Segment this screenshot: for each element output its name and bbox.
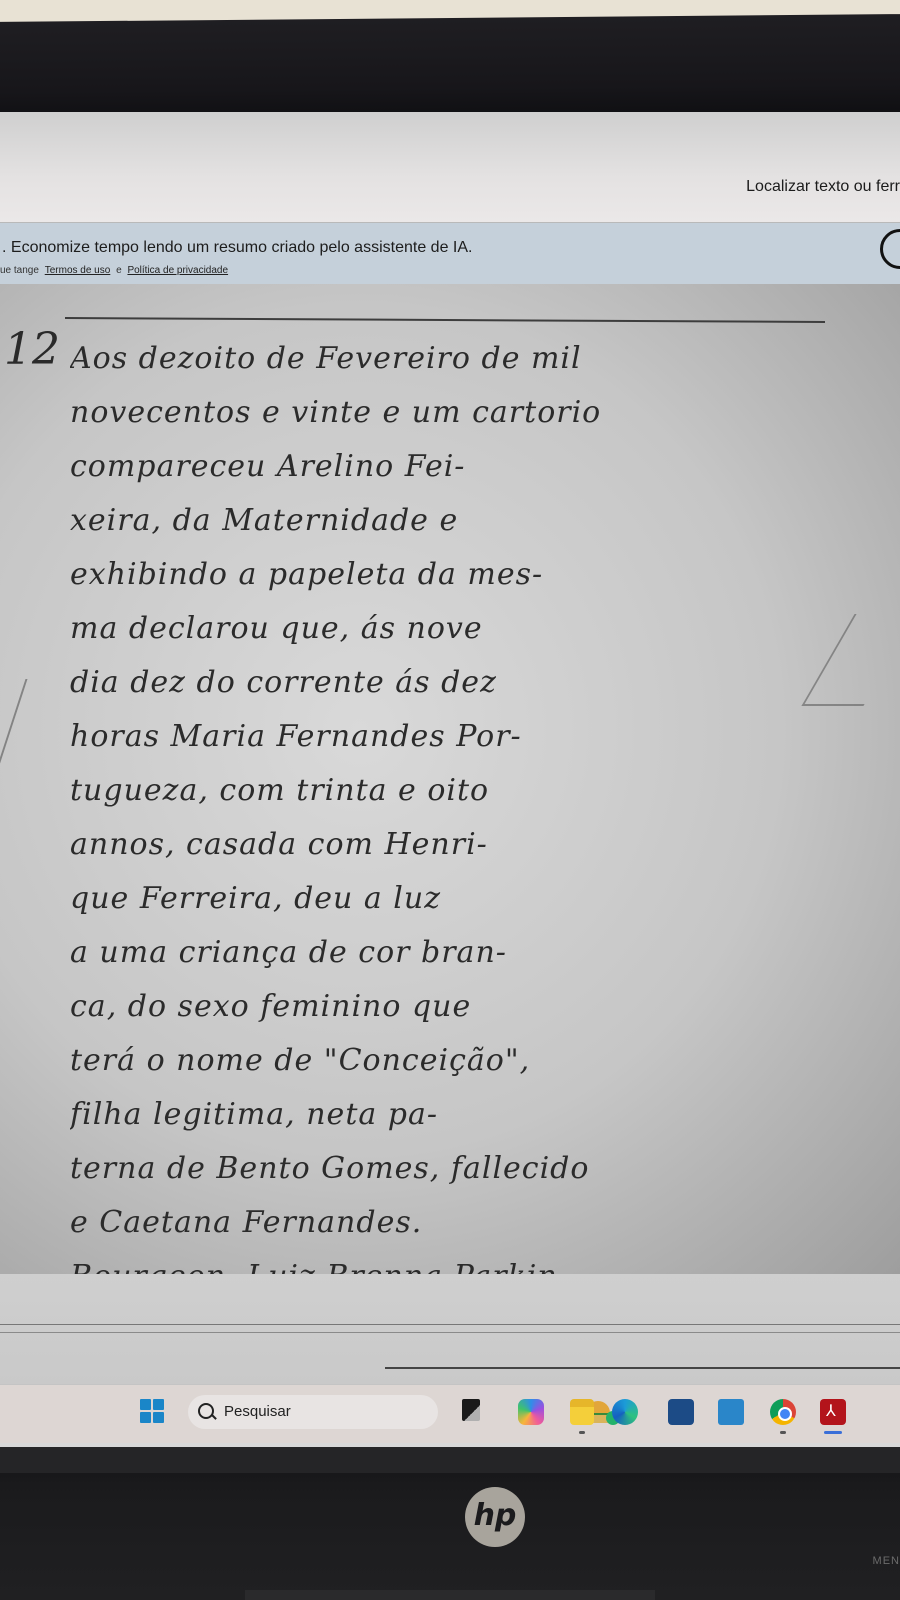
handwritten-line: ma declarou que, ás nove — [70, 602, 830, 656]
bezel-lip — [0, 1447, 900, 1473]
chrome-icon[interactable] — [770, 1399, 796, 1425]
taskbar-search[interactable]: Pesquisar — [188, 1395, 438, 1429]
divider — [0, 1332, 900, 1333]
ai-banner-legal: ue tange Termos de uso e Política de pri… — [0, 265, 231, 276]
handwritten-line: exhibindo a papeleta da mes- — [70, 548, 830, 602]
running-indicator — [579, 1431, 585, 1434]
handwritten-text: Aos dezoito de Fevereiro de mil novecent… — [70, 332, 830, 1304]
handwritten-line: dia dez do corrente ás dez — [70, 656, 830, 710]
divider — [0, 1324, 900, 1325]
handwritten-line: que Ferreira, deu a luz — [70, 872, 830, 926]
handwritten-line: e Caetana Fernandes. — [70, 1196, 830, 1250]
terms-of-use-link[interactable]: Termos de uso — [45, 265, 111, 276]
search-label: Pesquisar — [224, 1403, 291, 1420]
pdf-toolbar: Localizar texto ou ferr — [0, 112, 900, 222]
handwritten-line: compareceu Arelino Fei- — [70, 440, 830, 494]
hp-logo: hp — [465, 1487, 525, 1547]
edge-icon[interactable] — [612, 1399, 638, 1425]
task-view-icon[interactable] — [462, 1399, 480, 1421]
handwritten-line: novecentos e vinte e um cartorio — [70, 386, 830, 440]
handwritten-line: ca, do sexo feminino que — [70, 980, 830, 1034]
acrobat-icon[interactable] — [820, 1399, 846, 1425]
handwritten-line: terá o nome de "Conceição", — [70, 1034, 830, 1088]
handwritten-line: filha legitima, neta pa- — [70, 1088, 830, 1142]
monitor-screen: Localizar texto ou ferr . Economize temp… — [0, 112, 900, 1447]
viewer-lower-area — [0, 1274, 900, 1384]
document-top-rule — [65, 317, 825, 323]
ai-summary-banner: . Economize tempo lendo um resumo criado… — [0, 222, 900, 285]
ai-banner-and: e — [116, 265, 122, 276]
handwritten-line: Aos dezoito de Fevereiro de mil — [70, 332, 830, 386]
menu-button-label[interactable]: MEN — [873, 1555, 900, 1567]
monitor-stand — [245, 1590, 655, 1600]
handwritten-line: annos, casada com Henri- — [70, 818, 830, 872]
handwritten-line: horas Maria Fernandes Por- — [70, 710, 830, 764]
copilot-icon[interactable] — [518, 1399, 544, 1425]
handwritten-line: terna de Bento Gomes, fallecido — [70, 1142, 830, 1196]
ai-assistant-icon[interactable] — [880, 229, 900, 269]
windows-start-icon[interactable] — [140, 1399, 164, 1423]
privacy-policy-link[interactable]: Política de privacidade — [127, 265, 228, 276]
active-app-indicator — [824, 1431, 842, 1434]
ai-banner-sub-prefix: ue tange — [0, 265, 39, 276]
running-indicator — [780, 1431, 786, 1434]
windows-taskbar: Pesquisar — [0, 1384, 900, 1443]
find-text-input[interactable]: Localizar texto ou ferr — [746, 178, 900, 196]
handwritten-line: xeira, da Maternidade e — [70, 494, 830, 548]
handwritten-line: a uma criança de cor bran- — [70, 926, 830, 980]
microsoft-store-icon[interactable] — [668, 1399, 694, 1425]
file-explorer-icon[interactable] — [570, 1399, 594, 1425]
search-icon — [198, 1403, 214, 1419]
handwritten-line: tugueza, com trinta e oito — [70, 764, 830, 818]
ai-banner-message: . Economize tempo lendo um resumo criado… — [2, 239, 472, 257]
entry-number: 12 — [4, 324, 60, 375]
horizontal-scrollbar[interactable] — [385, 1367, 900, 1369]
scanned-birth-record: 12 Aos dezoito de Fevereiro de mil novec… — [0, 284, 900, 1274]
monitor-bezel-top — [0, 14, 900, 122]
calendar-icon[interactable] — [718, 1399, 744, 1425]
monitor-bezel-bottom: hp MEN — [0, 1447, 900, 1600]
margin-mark — [0, 679, 63, 799]
